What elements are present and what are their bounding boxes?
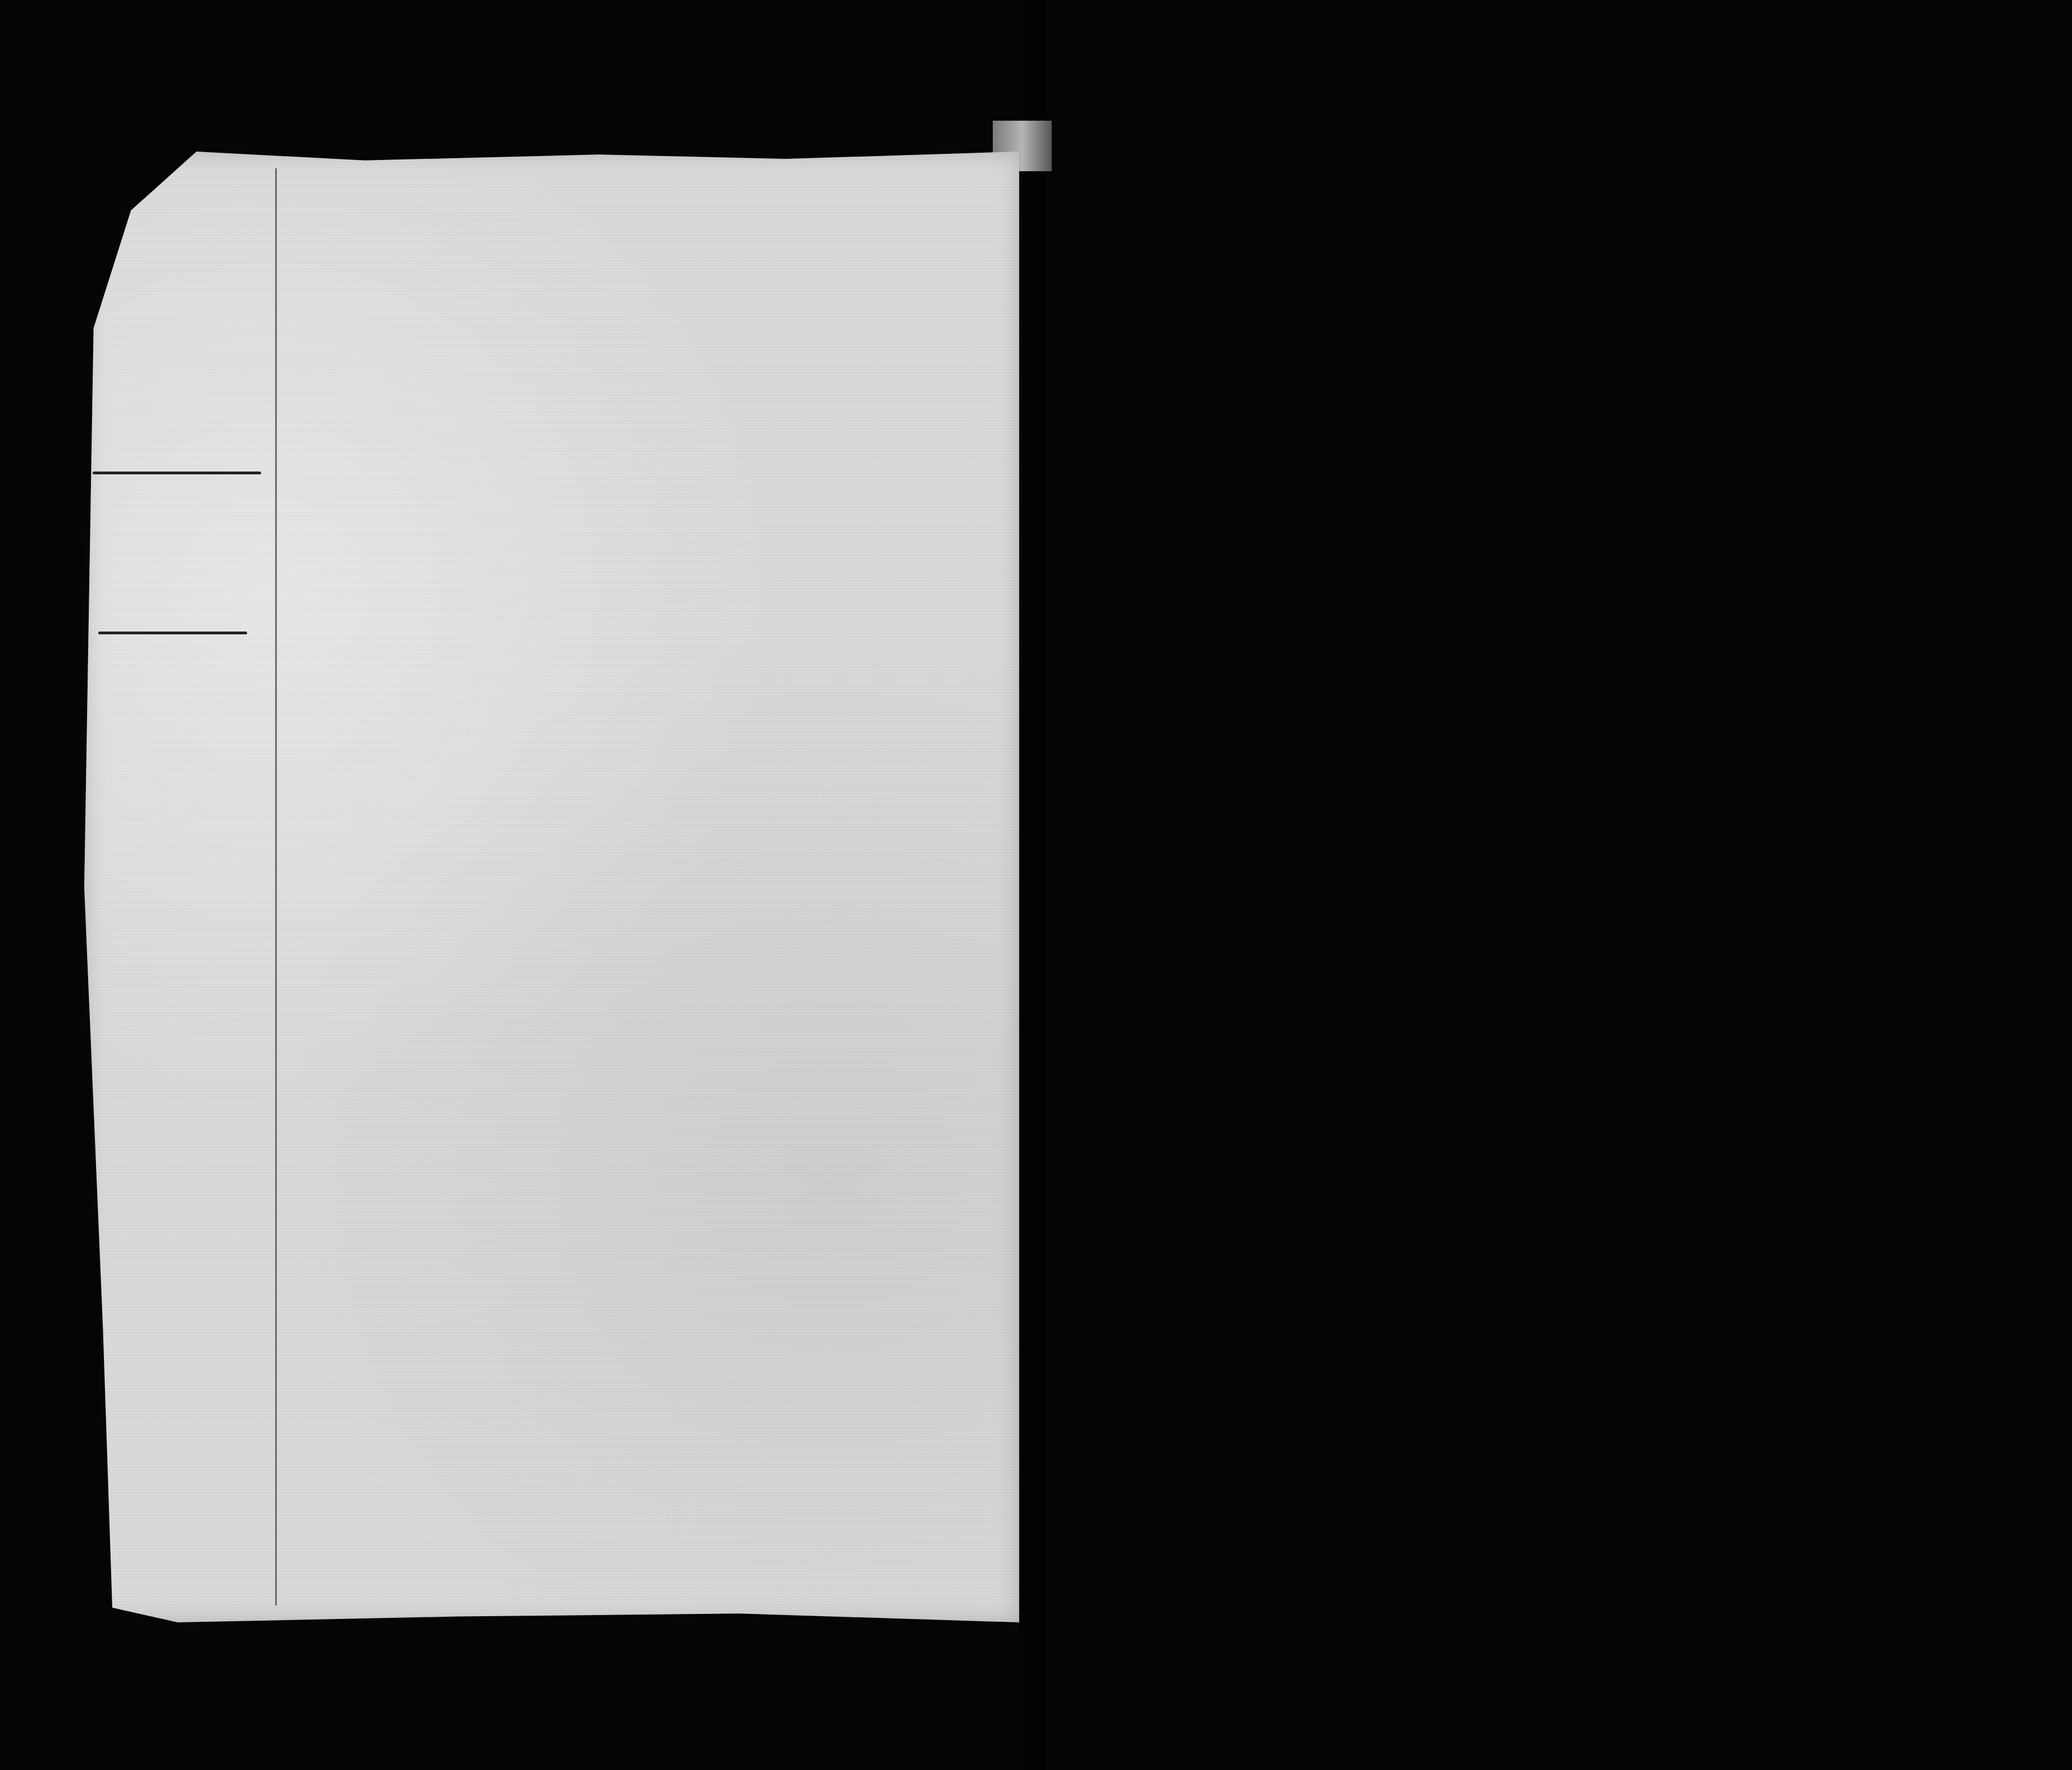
left-page xyxy=(84,152,1019,1622)
left-margin-rule xyxy=(275,168,277,1606)
book-gutter xyxy=(1019,0,1047,1770)
margin-separator xyxy=(93,472,261,474)
margin-separator xyxy=(98,632,247,634)
